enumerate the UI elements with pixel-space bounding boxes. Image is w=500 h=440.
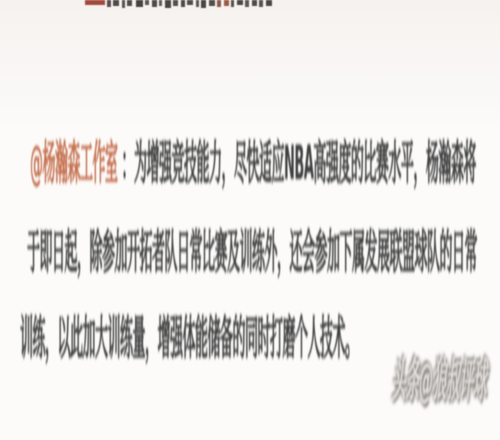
- post-text-segment: 训练，以此加大训练量，增强体能储备的同时打磨个人技术。: [20, 314, 358, 368]
- post-text-segment: ：为增强竞技能力，尽快适应NBA高强度的比赛水平，杨瀚森将: [118, 139, 476, 193]
- glyph-fragment: [122, 0, 125, 8]
- glyph-fragment: [113, 0, 119, 6]
- toutiao-watermark: 头条@狼叔评球: [392, 362, 488, 408]
- glyph-fragment: [266, 0, 272, 6]
- glyph-fragment: [107, 0, 111, 7]
- post-text-segment: 于即日起，除参加开拓者队日常比赛及训练外，还会参加下属发展联盟球队的日常: [27, 228, 477, 282]
- glyph-fragment: [209, 0, 215, 6]
- glyph-fragment: [245, 0, 249, 7]
- mention-link[interactable]: @杨瀚森工作室: [30, 139, 118, 193]
- post-screenshot: @杨瀚森工作室 ：为增强竞技能力，尽快适应NBA高强度的比赛水平，杨瀚森将 于即…: [0, 0, 500, 440]
- glyph-fragment: [217, 0, 221, 7]
- glyph-fragment: [145, 0, 149, 5]
- post-text-line-1: @杨瀚森工作室 ：为增强竞技能力，尽快适应NBA高强度的比赛水平，杨瀚森将: [30, 143, 476, 190]
- glyph-fragment: [136, 0, 143, 7]
- glyph-fragment: [159, 0, 162, 6]
- glyph-fragment: [201, 0, 206, 8]
- glyph-fragment: [224, 0, 229, 6]
- glyph-fragment: [127, 0, 132, 6]
- post-text-line-2: 于即日起，除参加开拓者队日常比赛及训练外，还会参加下属发展联盟球队的日常: [27, 232, 477, 279]
- glyph-fragment: [85, 0, 105, 5]
- cropped-text-fragments: [85, 0, 272, 9]
- glyph-fragment: [252, 0, 257, 6]
- glyph-fragment: [231, 0, 234, 7]
- glyph-fragment: [181, 0, 185, 7]
- glyph-fragment: [173, 0, 178, 6]
- post-text-line-3: 训练，以此加大训练量，增强体能储备的同时打磨个人技术。: [20, 318, 358, 365]
- glyph-fragment: [152, 0, 157, 7]
- glyph-fragment: [165, 0, 171, 8]
- glyph-fragment: [237, 0, 243, 5]
- glyph-fragment: [259, 0, 263, 7]
- glyph-fragment: [196, 0, 199, 7]
- glyph-fragment: [187, 0, 193, 5]
